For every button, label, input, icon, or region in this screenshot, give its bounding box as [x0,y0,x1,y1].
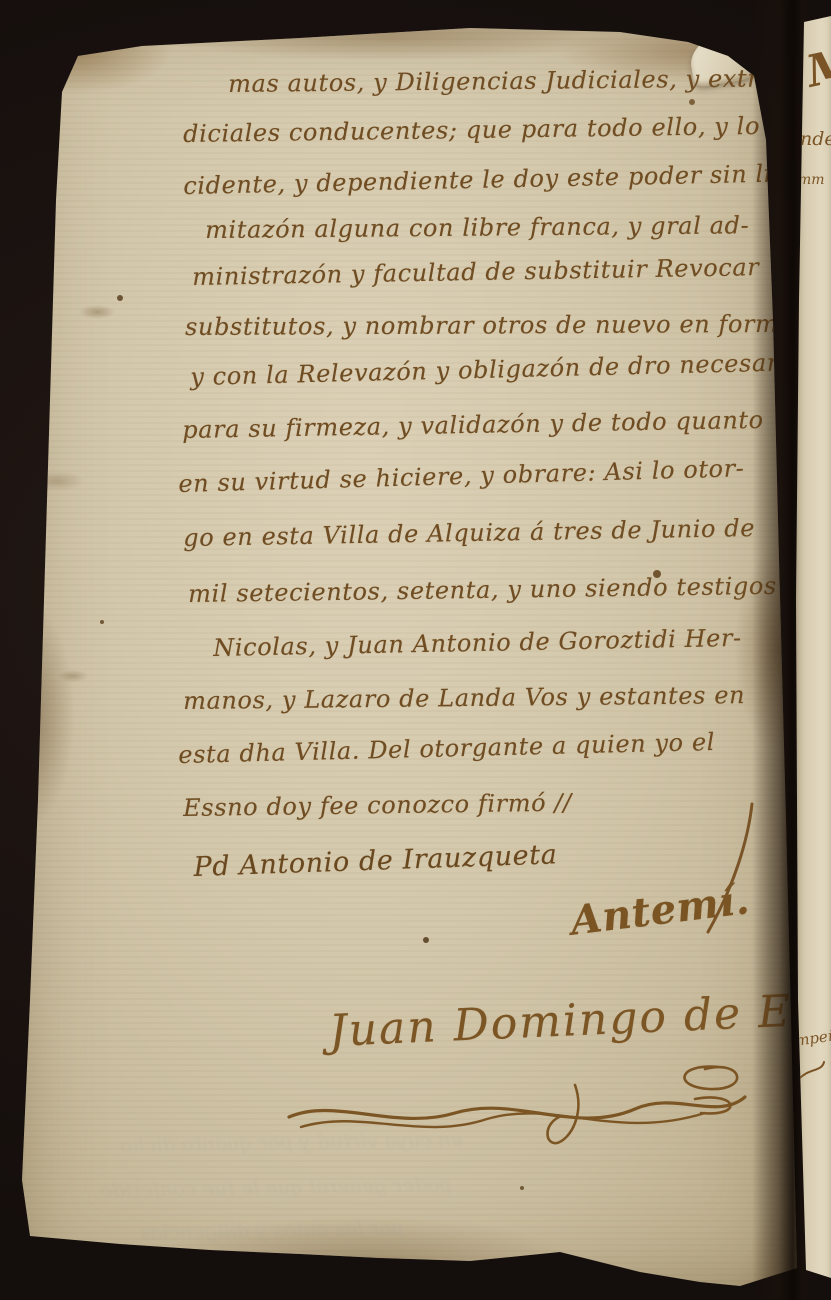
facing-page-text-fragment: mm [798,172,825,188]
facing-page-rubric-fragment [794,1058,828,1088]
text-line: manos, y Lazaro de Landa Vos y estantes … [183,681,745,715]
facing-page-text-fragment: nde [800,128,831,150]
text-line: Nicolas, y Juan Antonio de Goroztidi Her… [213,624,742,662]
text-line: Essno doy fee conozco firmó // [183,789,572,822]
bleedthrough-text: poder general que le fue conferido [100,1172,452,1202]
text-line: mas autos, y Diligencias Judiciales, y e… [228,64,807,98]
facing-page-edge: M nde mm mpeñ. [790,0,831,1300]
bleedthrough-text: por los autos y diligencias [140,1216,405,1245]
text-line: esta dha Villa. Del otorgante a quien yo… [178,728,715,769]
text-line: cidente, y dependiente le doy este poder… [183,159,781,200]
manuscript-left-page: en cuya virtud y por quanto dicho poder … [0,0,810,1300]
text-line: ministrazón y facultad de substituir Rev… [192,253,760,291]
facing-page-text-fragment: mpeñ. [794,1025,831,1049]
facing-page-text-fragment: M [802,38,831,98]
signature-notary: Juan Domingo de Elola [328,982,831,1057]
signature-principal: Pd Antonio de Irauzqueta [193,839,558,883]
ink-specks [0,0,4,4]
text-line: mil setecientos, setenta, y uno siendo t… [188,572,777,608]
text-line: mitazón alguna con libre franca, y gral … [205,211,749,244]
manuscript-photo: en cuya virtud y por quanto dicho poder … [0,0,831,1300]
signature-ante-mi: Antemí. [568,876,752,945]
text-line: en su virtud se hiciere, y obrare: Asi l… [178,454,745,498]
text-line: y con la Relevazón y obligazón de dro ne… [190,348,802,391]
text-line: go en esta Villa de Alquiza á tres de Ju… [183,514,755,552]
text-line: diciales conducentes; que para todo ello… [183,111,801,148]
text-line: substitutos, y nombrar otros de nuevo en… [185,310,793,341]
bleedthrough-text: en cuya virtud y por quanto dicho [120,1127,463,1157]
text-line: para su firmeza, y validazón y de todo q… [182,406,764,444]
